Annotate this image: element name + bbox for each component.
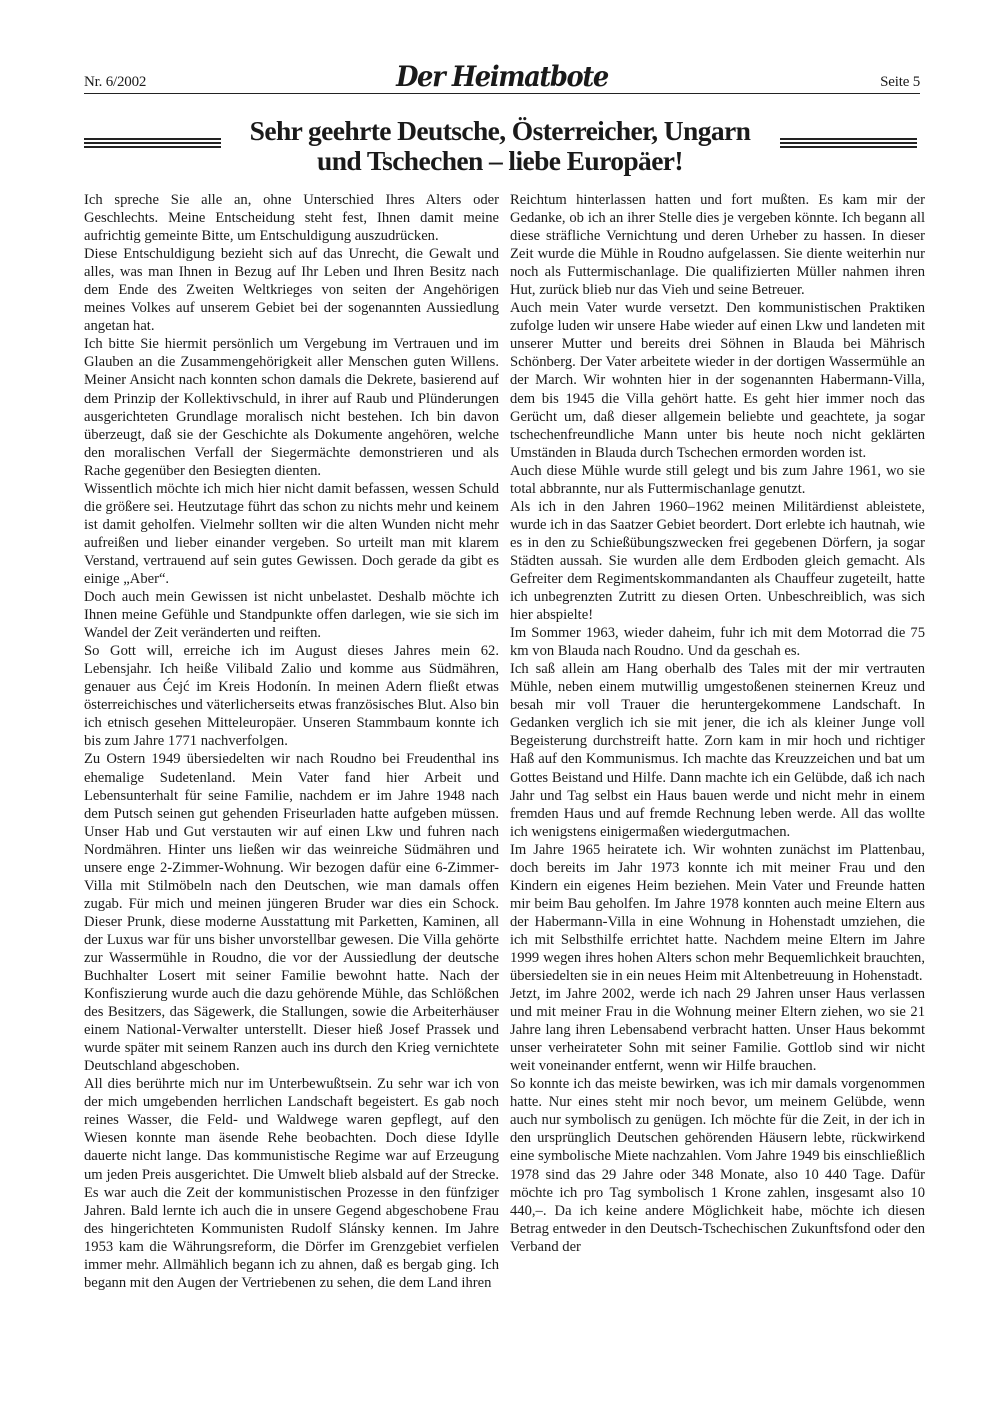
article-column-left: Ich spreche Sie alle an, ohne Unterschie…: [84, 191, 499, 1292]
article-title-line-1: Sehr geehrte Deutsche, Österreicher, Ung…: [230, 116, 770, 146]
paragraph: Im Sommer 1963, wieder daheim, fuhr ich …: [510, 624, 925, 660]
title-decoration-left: [84, 138, 221, 149]
paragraph: Wissentlich möchte ich mich hier nicht d…: [84, 480, 499, 588]
article-title: Sehr geehrte Deutsche, Österreicher, Ung…: [230, 116, 770, 176]
paragraph: Ich spreche Sie alle an, ohne Unterschie…: [84, 191, 499, 245]
masthead-text: Der Heimatbote: [396, 60, 608, 93]
paragraph: Doch auch mein Gewissen ist nicht unbela…: [84, 588, 499, 642]
paragraph: Ich bitte Sie hiermit persönlich um Verg…: [84, 335, 499, 479]
paragraph: So konnte ich das meiste bewirken, was i…: [510, 1075, 925, 1255]
paragraph: All dies berührte mich nur im Unterbewuß…: [84, 1075, 499, 1292]
paragraph: Reichtum hinterlassen hatten und fort mu…: [510, 191, 925, 299]
newspaper-masthead: Der Heimatbote: [387, 60, 617, 93]
title-decoration-right: [780, 138, 917, 149]
article-column-right: Reichtum hinterlassen hatten und fort mu…: [510, 191, 925, 1256]
paragraph: Ich saß allein am Hang oberhalb des Tale…: [510, 660, 925, 840]
paragraph: Zu Ostern 1949 übersiedelten wir nach Ro…: [84, 750, 499, 1075]
paragraph: Auch mein Vater wurde versetzt. Den komm…: [510, 299, 925, 461]
paragraph: Diese Entschuldigung bezieht sich auf da…: [84, 245, 499, 335]
paragraph: Auch diese Mühle wurde still gelegt und …: [510, 462, 925, 498]
paragraph: Im Jahre 1965 heiratete ich. Wir wohnten…: [510, 841, 925, 985]
page-number: Seite 5: [880, 74, 920, 91]
article-title-line-2: und Tschechen – liebe Europäer!: [230, 146, 770, 176]
paragraph: Als ich in den Jahren 1960–1962 meinen M…: [510, 498, 925, 624]
page-header: Nr. 6/2002 Der Heimatbote Seite 5: [84, 62, 920, 96]
header-divider: [84, 93, 920, 94]
paragraph: Jetzt, im Jahre 2002, werde ich nach 29 …: [510, 985, 925, 1075]
paragraph: So Gott will, erreiche ich im August die…: [84, 642, 499, 750]
issue-number: Nr. 6/2002: [84, 74, 146, 91]
